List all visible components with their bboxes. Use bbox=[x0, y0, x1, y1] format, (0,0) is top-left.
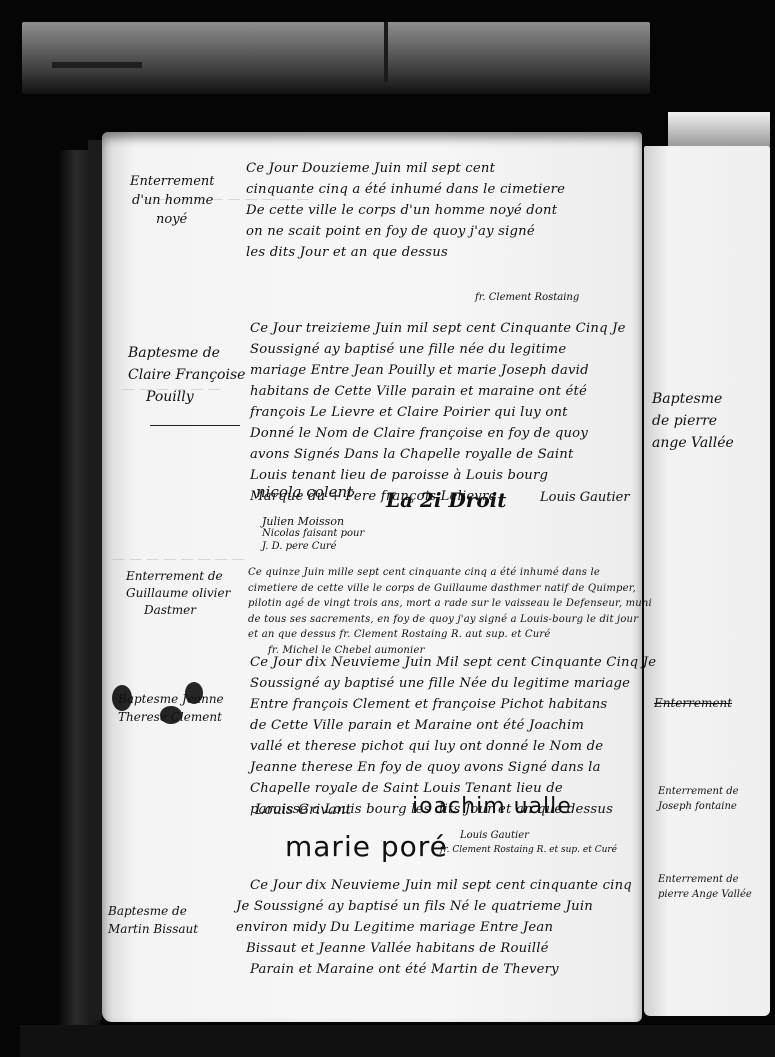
entry-line: Ce Jour treizieme Juin mil sept cent Cin… bbox=[250, 318, 626, 339]
right-margin-burial-fontaine: Enterrement de Joseph fontaine bbox=[658, 784, 739, 814]
signature: La 2i Droit bbox=[386, 488, 507, 512]
margin-line: d'un homme bbox=[132, 191, 215, 210]
margin-line: Joseph fontaine bbox=[658, 799, 739, 814]
margin-line: Enterrement bbox=[654, 694, 732, 713]
entry-line: Ce quinze Juin mille sept cent cinquante… bbox=[248, 565, 652, 581]
margin-line: Enterrement de bbox=[126, 568, 230, 585]
entry-line: Ce Jour dix Neuvieme Juin Mil sept cent … bbox=[250, 652, 656, 673]
entry-line: Soussigné ay baptisé une fille Née du le… bbox=[250, 673, 656, 694]
entry-line: environ midy Du Legitime mariage Entre J… bbox=[236, 917, 632, 938]
margin-line: Martin Bissaut bbox=[108, 920, 198, 938]
strip-divider bbox=[384, 22, 388, 82]
entry-line: Parain et Maraine ont été Martin de Thev… bbox=[250, 959, 632, 980]
margin-note-baptism-clement: Baptesme Jeanne Therese Clement bbox=[118, 690, 224, 726]
entry-line: De cette ville le corps d'un homme noyé … bbox=[246, 200, 565, 221]
margin-line: Enterrement bbox=[130, 172, 215, 191]
entry-line: Donné le Nom de Claire françoise en foy … bbox=[250, 423, 626, 444]
margin-note-baptism-bissaut: Baptesme de Martin Bissaut bbox=[108, 902, 198, 938]
margin-line: de pierre bbox=[652, 410, 734, 432]
entry-line: et an que dessus fr. Clement Rostaing R.… bbox=[248, 627, 652, 643]
signature: nicola colent bbox=[256, 483, 353, 501]
signature: J. D. pere Curé bbox=[262, 541, 337, 552]
entry-line: vallé et therese pichot qui luy ont donn… bbox=[250, 736, 656, 757]
entry-line: de Cette Ville parain et Maraine ont été… bbox=[250, 715, 656, 736]
signature: Louis Gautier bbox=[460, 830, 529, 841]
entry-line: de tous ses sacrements, en foy de quoy j… bbox=[248, 612, 652, 628]
margin-line: pierre Ange Vallée bbox=[658, 887, 752, 902]
entry-line: Ce Jour Douzieme Juin mil sept cent bbox=[246, 158, 565, 179]
right-margin-baptism-vallee: Baptesme de pierre ange Vallée bbox=[652, 388, 734, 454]
signature: marie poré bbox=[285, 830, 448, 863]
signature: Louis Gautier bbox=[540, 490, 630, 505]
margin-note-baptism-pouilly: Baptesme de Claire Françoise Pouilly bbox=[128, 342, 245, 408]
margin-line: Pouilly bbox=[146, 386, 245, 408]
margin-note-burial-dastmer: Enterrement de Guillaume olivier Dastmer bbox=[126, 568, 230, 619]
signature: Julien Moisson bbox=[262, 515, 344, 528]
signature: Nicolas faisant pour bbox=[262, 528, 364, 539]
entry-baptism-bissaut: Ce Jour dix Neuvieme Juin mil sept cent … bbox=[236, 875, 632, 980]
entry-line: Je Soussigné ay baptisé un fils Né le qu… bbox=[236, 896, 632, 917]
right-margin-burial-vallee: Enterrement de pierre Ange Vallée bbox=[658, 872, 752, 902]
entry-line: Entre françois Clement et françoise Pich… bbox=[250, 694, 656, 715]
scan-bottom-edge bbox=[20, 1025, 775, 1057]
margin-line: Baptesme de bbox=[108, 902, 198, 920]
entry-burial-drowned: Ce Jour Douzieme Juin mil sept cent cinq… bbox=[246, 158, 565, 263]
entry-baptism-pouilly: Ce Jour treizieme Juin mil sept cent Cin… bbox=[250, 318, 626, 507]
entry-line: avons Signés Dans la Chapelle royalle de… bbox=[250, 444, 626, 465]
facing-page-tab bbox=[668, 112, 770, 146]
entry-line: habitans de Cette Ville parain et marain… bbox=[250, 381, 626, 402]
margin-line: Dastmer bbox=[144, 602, 230, 619]
entry-line: cimetiere de cette ville le corps de Gui… bbox=[248, 581, 652, 597]
entry-line: mariage Entre Jean Pouilly et marie Jose… bbox=[250, 360, 626, 381]
margin-line: noyé bbox=[156, 210, 215, 229]
margin-rule bbox=[150, 425, 240, 426]
strip-tab bbox=[52, 62, 142, 68]
margin-line: Enterrement de bbox=[658, 872, 752, 887]
margin-line: Therese Clement bbox=[118, 708, 224, 726]
entry-line: on ne scait point en foy de quoy j'ay si… bbox=[246, 221, 565, 242]
margin-line: Baptesme Jeanne bbox=[118, 690, 224, 708]
entry-line: les dits Jour et an que dessus bbox=[246, 242, 565, 263]
margin-line: Baptesme de bbox=[128, 342, 245, 364]
signature: ioachim ualle bbox=[412, 794, 572, 819]
entry-line: Ce Jour dix Neuvieme Juin mil sept cent … bbox=[250, 875, 632, 896]
margin-line: Claire Françoise bbox=[128, 364, 245, 386]
entry-line: Soussigné ay baptisé une fille née du le… bbox=[250, 339, 626, 360]
margin-line: ange Vallée bbox=[652, 432, 734, 454]
entry-line: françois Le Lievre et Claire Poirier qui… bbox=[250, 402, 626, 423]
entry-burial-dastmer: Ce quinze Juin mille sept cent cinquante… bbox=[248, 565, 652, 658]
entry-line: pilotin agé de vingt trois ans, mort a r… bbox=[248, 596, 652, 612]
margin-note-burial-drowned: Enterrement d'un homme noyé bbox=[130, 172, 215, 229]
top-scan-strip bbox=[22, 22, 650, 94]
entry-line: Bissaut et Jeanne Vallée habitans de Rou… bbox=[246, 938, 632, 959]
right-margin-burial: Enterrement bbox=[654, 694, 732, 713]
signature: fr. Clement Rostaing bbox=[475, 292, 579, 303]
margin-line: Enterrement de bbox=[658, 784, 739, 799]
book-binding-edge bbox=[88, 140, 102, 1020]
entry-line: Jeanne therese En foy de quoy avons Sign… bbox=[250, 757, 656, 778]
entry-line: cinquante cinq a été inhumé dans le cime… bbox=[246, 179, 565, 200]
signature: Louis Grivant bbox=[255, 802, 351, 818]
margin-line: Guillaume olivier bbox=[126, 585, 230, 602]
margin-line: Baptesme bbox=[652, 388, 734, 410]
signature: fr. Clement Rostaing R. et sup. et Curé bbox=[440, 845, 617, 855]
